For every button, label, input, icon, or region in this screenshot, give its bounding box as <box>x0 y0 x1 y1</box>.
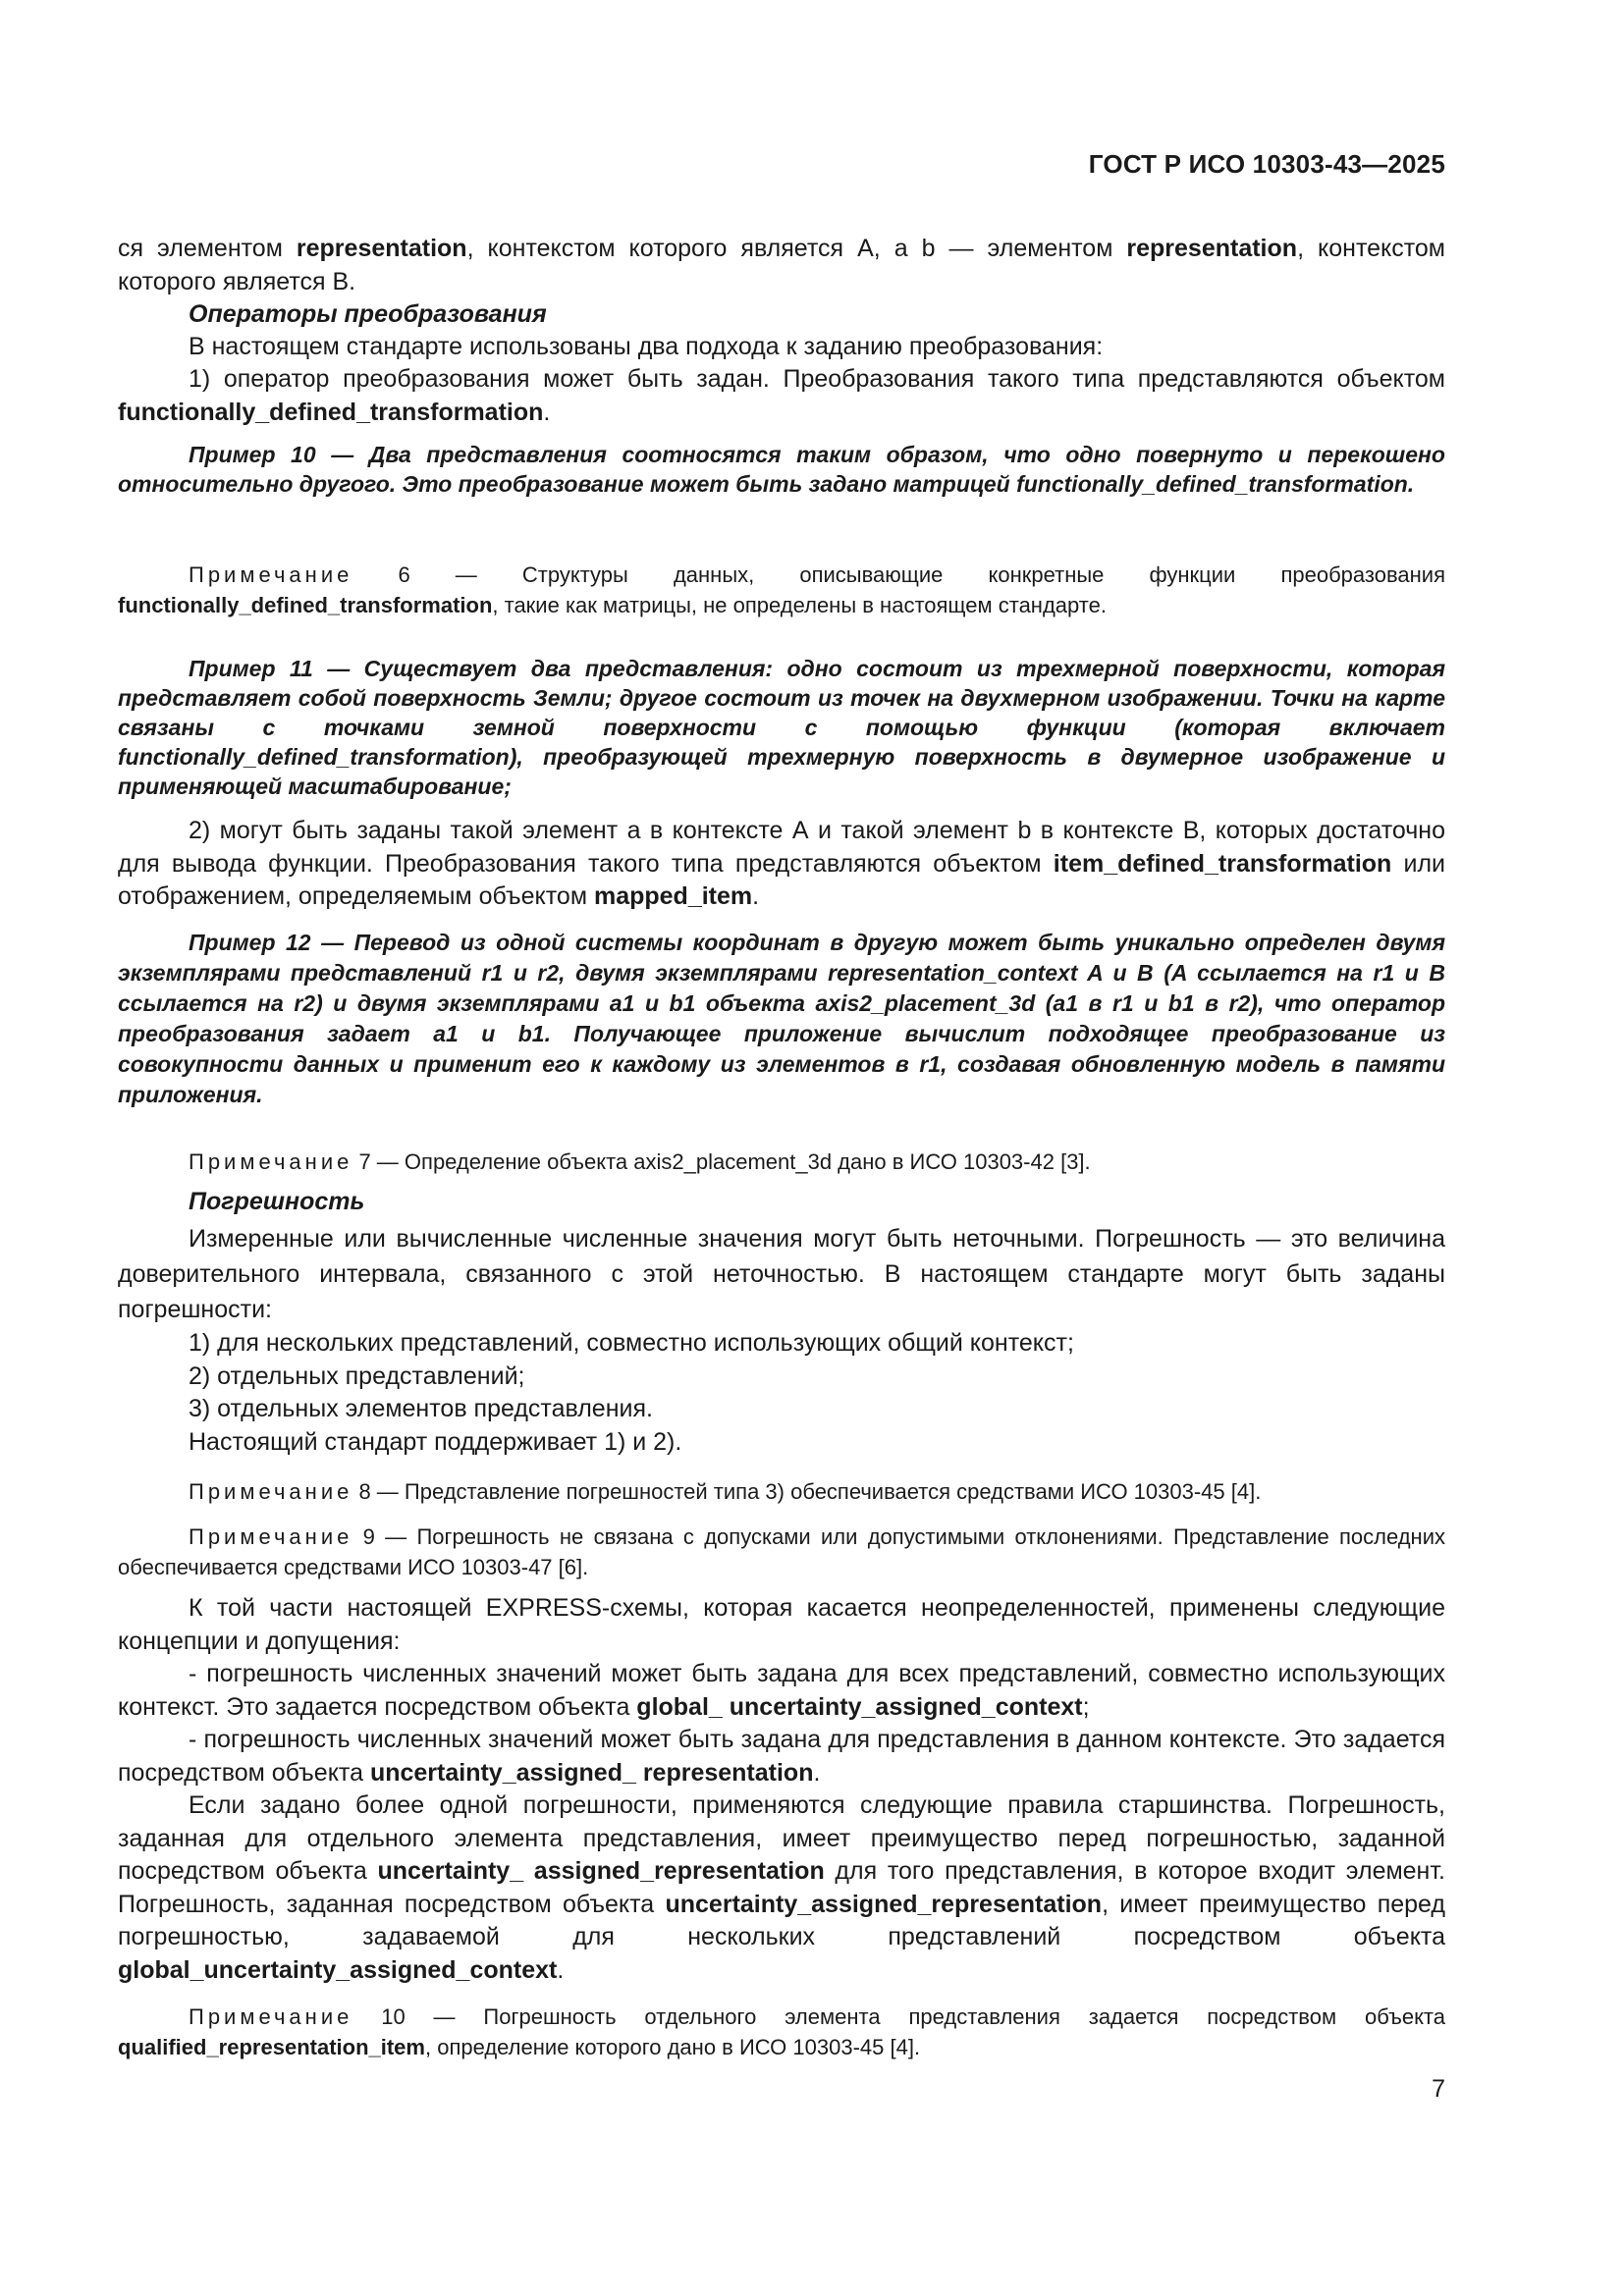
paragraph-express-concepts: К той части настоящей EXPRESS-схемы, кот… <box>118 1592 1445 1658</box>
text: 10 — Погрешность отдельного элемента пре… <box>352 2004 1445 2029</box>
entity-name: global_uncertainty_assigned_context <box>118 1956 557 1984</box>
paragraph-approaches: В настоящем стандарте использованы два п… <box>118 331 1445 364</box>
text: ся элементом <box>118 235 297 262</box>
text: . <box>752 882 759 910</box>
example-11: Пример 11 — Существует два представления… <box>118 654 1445 801</box>
entity-name: uncertainty_assigned_representation <box>665 1891 1102 1918</box>
entity-name: global_ uncertainty_assigned_context <box>636 1693 1082 1721</box>
note-label: Примечание <box>189 1524 352 1549</box>
entity-name: qualified_representation_item <box>118 2035 425 2059</box>
heading-operators: Операторы преобразования <box>118 298 1445 332</box>
entity-name: functionally_defined_transformation <box>118 593 492 617</box>
entity-name: mapped_item <box>594 882 752 910</box>
entity-name: functionally_defined_transformation <box>118 399 543 426</box>
heading-uncertainty: Погрешность <box>118 1186 1445 1219</box>
note-label: Примечание <box>189 1149 352 1174</box>
paragraph-representation-uncertainty: - погрешность численных значений может б… <box>118 1724 1445 1789</box>
text: , контекстом которого является А, а b — … <box>467 235 1127 262</box>
note-label: Примечание <box>189 2004 352 2029</box>
example-12: Пример 12 — Перевод из одной системы коо… <box>118 928 1445 1110</box>
note-6: Примечание 6 — Структуры данных, описыва… <box>118 560 1445 620</box>
entity-name: representation <box>1126 235 1297 262</box>
page-number: 7 <box>1432 2075 1445 2104</box>
paragraph-precedence-rules: Если задано более одной погрешности, при… <box>118 1789 1445 1987</box>
note-10: Примечание 10 — Погрешность отдельного э… <box>118 2002 1445 2062</box>
entity-name: uncertainty_ assigned_representation <box>377 1857 824 1885</box>
text: 7 — Определение объекта axis2_placement_… <box>352 1149 1090 1174</box>
note-9: Примечание 9 — Погрешность не связана с … <box>118 1522 1445 1582</box>
text: . <box>813 1759 820 1787</box>
note-label: Примечание <box>189 1479 352 1504</box>
entity-name: uncertainty_assigned_ representation <box>370 1759 814 1787</box>
text: . <box>543 399 550 426</box>
note-label: Примечание <box>189 562 352 587</box>
paragraph-approach-1: 1) оператор преобразования может быть за… <box>118 363 1445 429</box>
text: ; <box>1083 1693 1090 1721</box>
paragraph-continuation: ся элементом representation, контекстом … <box>118 233 1445 298</box>
text: , определение которого дано в ИСО 10303-… <box>425 2035 920 2059</box>
list-item: 3) отдельных элементов представления. <box>118 1393 1445 1426</box>
note-8: Примечание 8 — Представление погрешносте… <box>118 1476 1445 1507</box>
document-header: ГОСТ Р ИСО 10303-43—2025 <box>1089 149 1445 180</box>
note-7: Примечание 7 — Определение объекта axis2… <box>118 1147 1445 1177</box>
list-item: Настоящий стандарт поддерживает 1) и 2). <box>118 1426 1445 1460</box>
list-item: 2) отдельных представлений; <box>118 1361 1445 1394</box>
text: , такие как матрицы, не определены в нас… <box>492 593 1107 617</box>
entity-name: item_defined_transformation <box>1054 850 1392 878</box>
text: 8 — Представление погрешностей типа 3) о… <box>352 1479 1261 1504</box>
paragraph-approach-2: 2) могут быть заданы такой элемент а в к… <box>118 815 1445 914</box>
text: . <box>557 1956 564 1984</box>
example-10: Пример 10 — Два представления соотносятс… <box>118 440 1445 499</box>
uncertainty-list: 1) для нескольких представлений, совмест… <box>118 1327 1445 1459</box>
entity-name: representation <box>297 235 467 262</box>
paragraph-uncertainty-definition: Измеренные или вычисленные численные зна… <box>118 1221 1445 1327</box>
text: 1) оператор преобразования может быть за… <box>189 365 1445 393</box>
paragraph-global-uncertainty: - погрешность численных значений может б… <box>118 1658 1445 1724</box>
list-item: 1) для нескольких представлений, совмест… <box>118 1327 1445 1361</box>
text: 6 — Структуры данных, описывающие конкре… <box>352 562 1445 587</box>
